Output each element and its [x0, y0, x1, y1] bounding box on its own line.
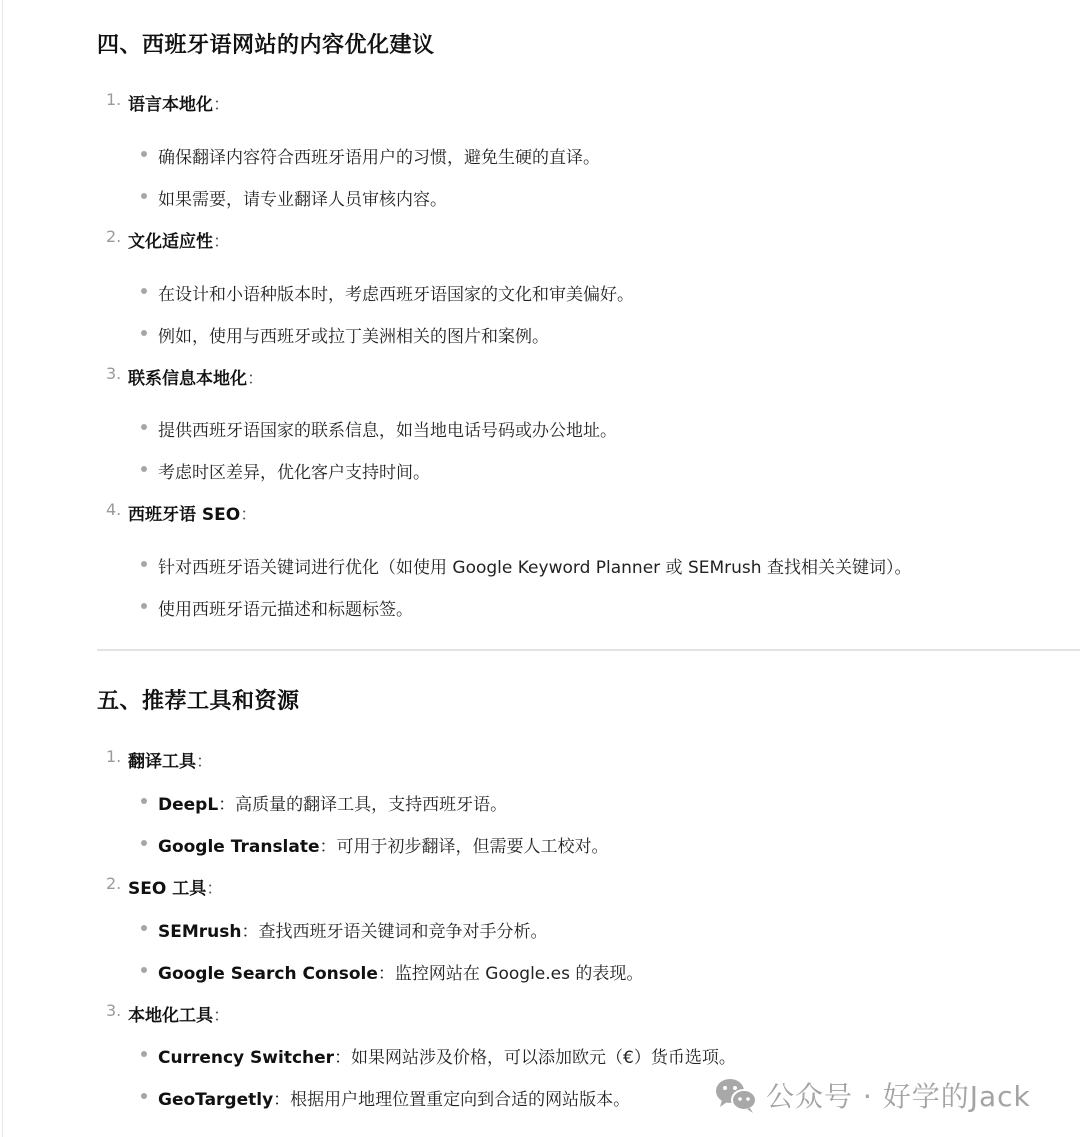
list-item-label: 语言本地化： — [128, 90, 230, 115]
bullet-dot-icon — [141, 967, 147, 973]
list-number: 3. — [106, 1001, 121, 1020]
list-item-label: SEO 工具： — [128, 874, 223, 899]
bullet-dot-icon — [141, 561, 147, 567]
section-heading-content-optimization: 四、西班牙语网站的内容优化建议 — [97, 28, 435, 59]
wechat-watermark: 公众号 · 好学的Jack — [714, 1075, 1031, 1115]
list-number: 3. — [106, 364, 121, 383]
list-item-label: 翻译工具： — [128, 747, 213, 772]
list-number: 2. — [106, 227, 121, 246]
watermark-text: 公众号 · 好学的Jack — [766, 1075, 1031, 1115]
list-number: 1. — [106, 90, 121, 109]
bullet-dot-icon — [141, 840, 147, 846]
list-item-label: 文化适应性： — [128, 227, 230, 252]
bullet-dot-icon — [141, 1051, 147, 1057]
list-item-label: 本地化工具： — [128, 1001, 230, 1026]
list-number: 2. — [106, 874, 121, 893]
list-item-label: 西班牙语 SEO： — [128, 500, 257, 525]
bullet-dot-icon — [141, 288, 147, 294]
section-divider — [97, 649, 1080, 651]
bullet-dot-icon — [141, 603, 147, 609]
bullet-dot-icon — [141, 151, 147, 157]
bullet-dot-icon — [141, 925, 147, 931]
wechat-icon — [714, 1077, 758, 1113]
bullet-dot-icon — [141, 330, 147, 336]
bullet-dot-icon — [141, 798, 147, 804]
bullet-dot-icon — [141, 193, 147, 199]
section-heading-tools-resources: 五、推荐工具和资源 — [97, 684, 300, 715]
bullet-dot-icon — [141, 466, 147, 472]
list-number: 1. — [106, 747, 121, 766]
bullet-dot-icon — [141, 1093, 147, 1099]
bullet-dot-icon — [141, 424, 147, 430]
page-left-border — [2, 0, 3, 1137]
list-item-label: 联系信息本地化： — [128, 364, 264, 389]
list-number: 4. — [106, 500, 121, 519]
